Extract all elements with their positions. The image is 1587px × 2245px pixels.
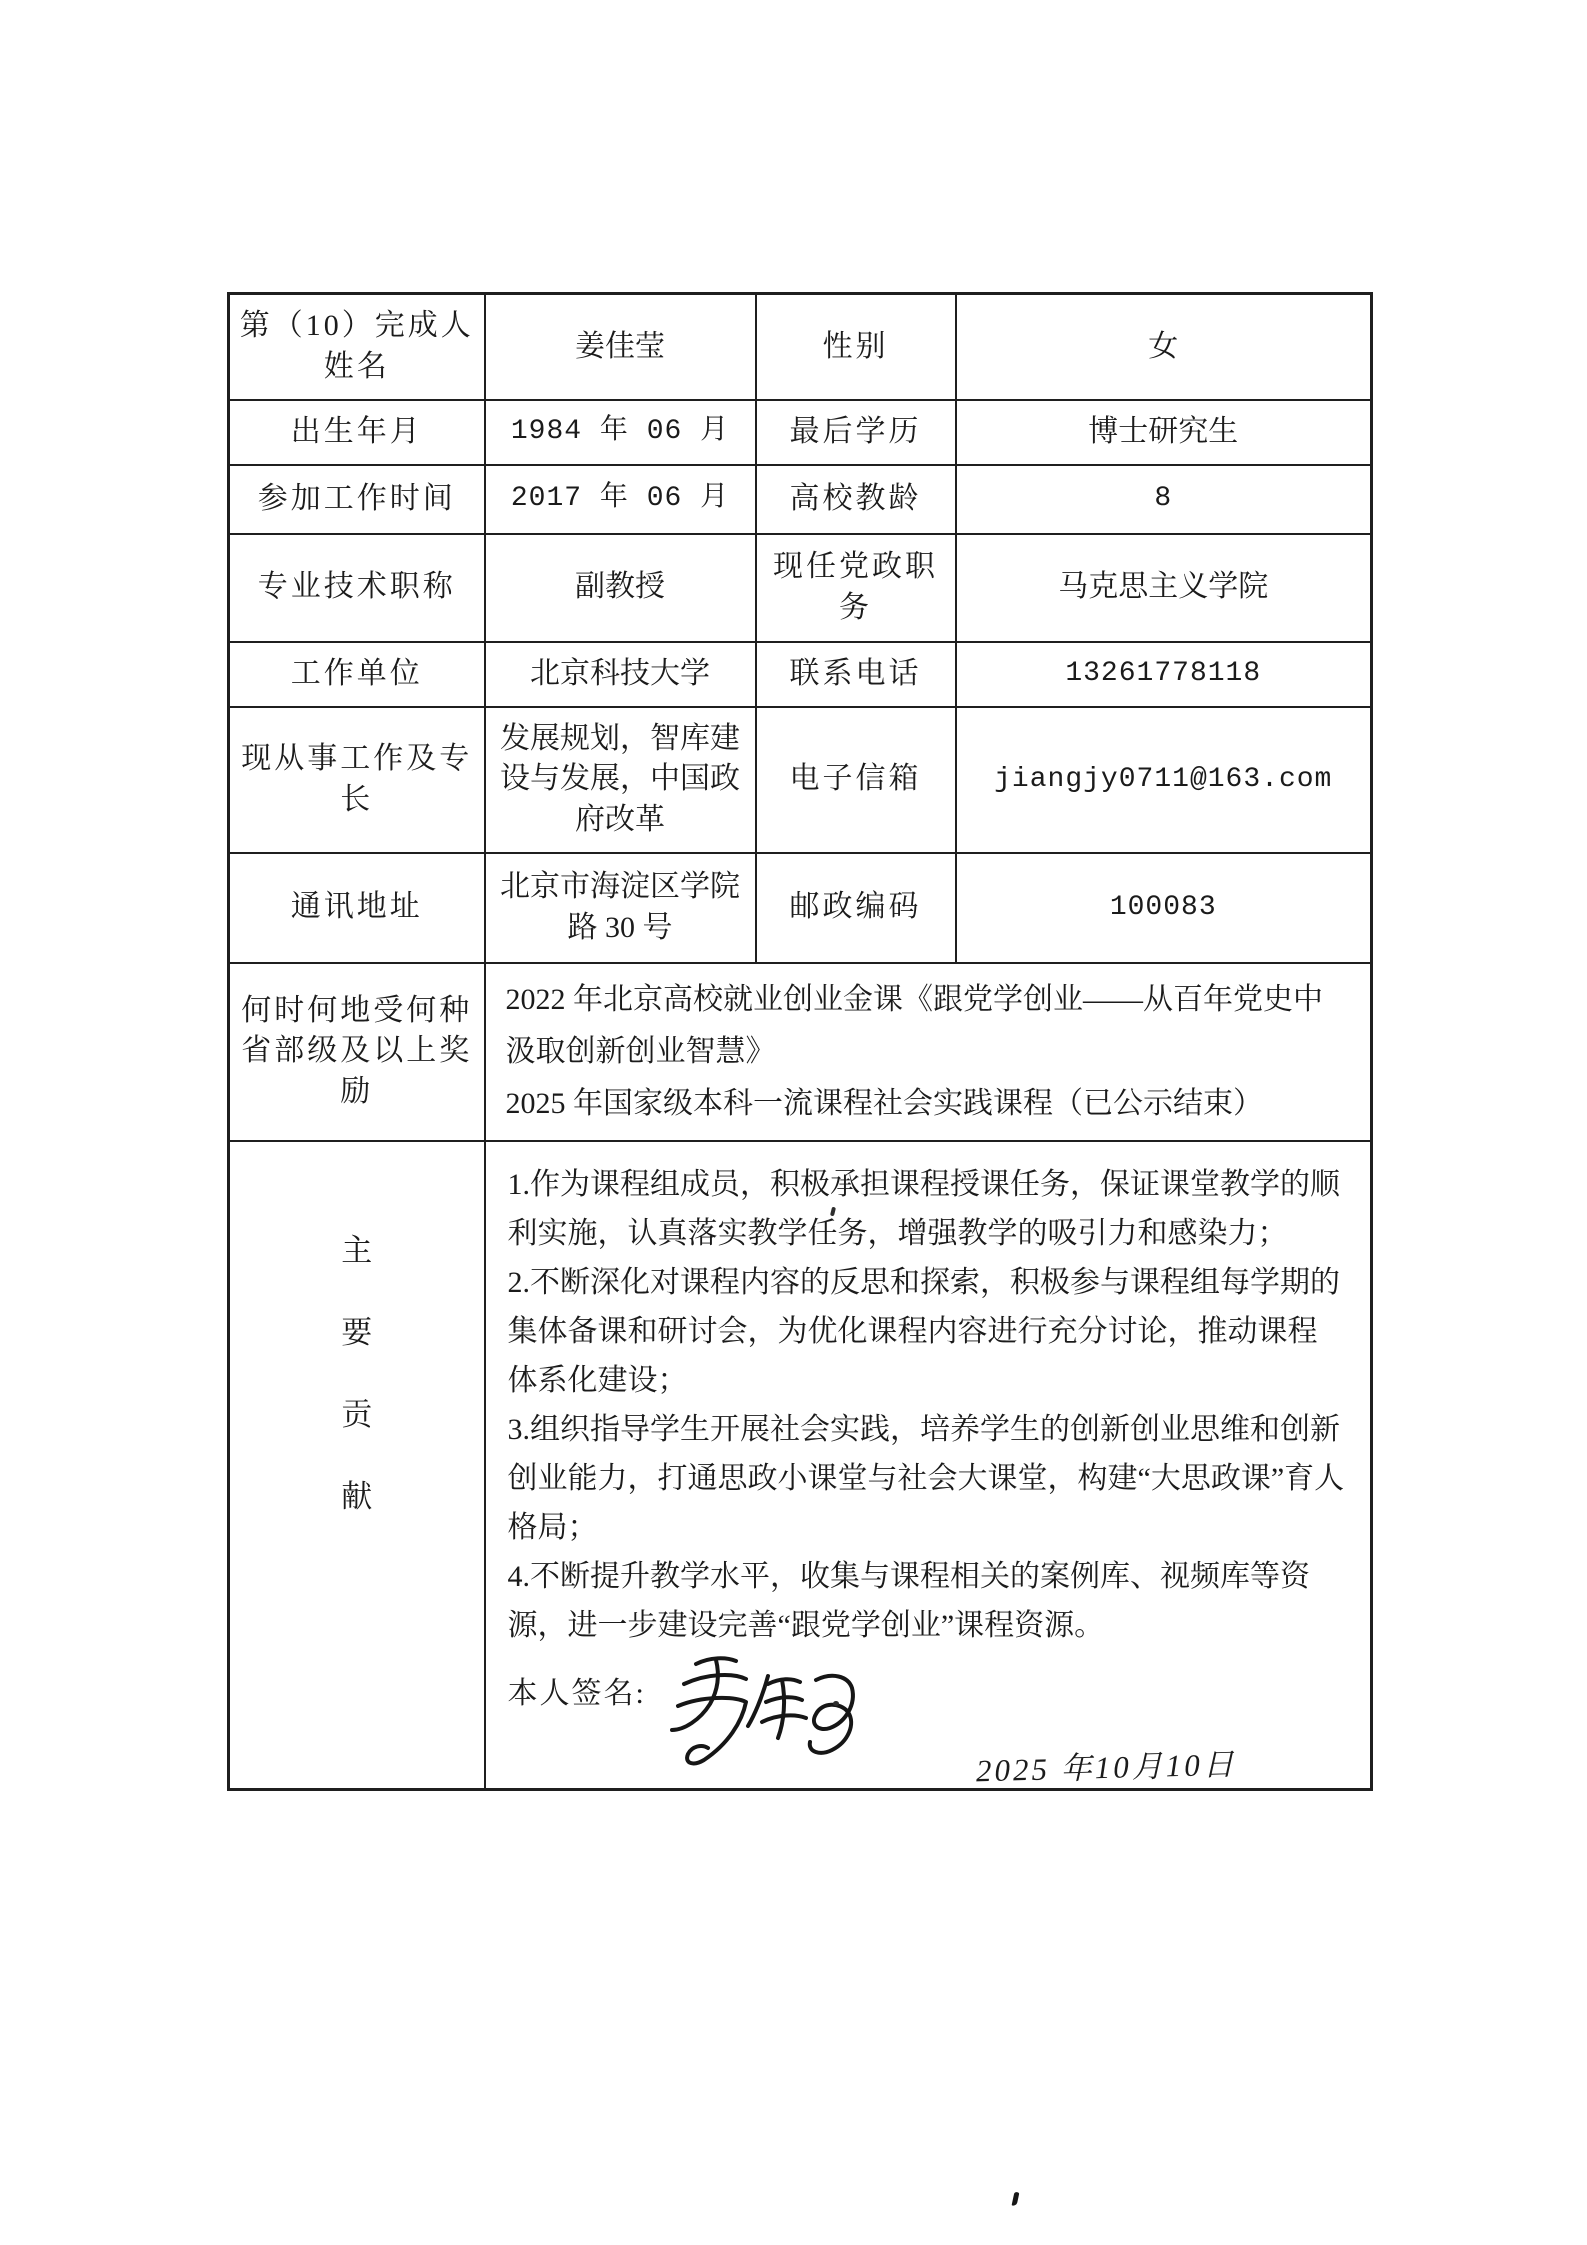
party-position-value: 马克思主义学院 [956, 534, 1372, 642]
teaching-years-label: 高校教龄 [756, 465, 956, 534]
birth-date-value: 1984 年 06 月 [485, 400, 756, 465]
contributions-label: 主要贡献 [229, 1141, 485, 1790]
current-work-value: 发展规划，智库建设与发展，中国政府改革 [485, 707, 756, 853]
phone-value: 13261778118 [956, 642, 1372, 707]
contributions-row: 主要贡献 1.作为课程组成员，积极承担课程授课任务，保证课堂教学的顺利实施，认真… [229, 1141, 1372, 1790]
contributions-label-text: 主要贡献 [339, 1210, 375, 1538]
signature-handwriting-icon [650, 1648, 865, 1783]
table-row: 工作单位 北京科技大学 联系电话 13261778118 [229, 642, 1372, 707]
table-row: 出生年月 1984 年 06 月 最后学历 博士研究生 [229, 400, 1372, 465]
table-row: 专业技术职称 副教授 现任党政职务 马克思主义学院 [229, 534, 1372, 642]
contribution-item: 3.组织指导学生开展社会实践，培养学生的创新创业思维和创新创业能力，打通思政小课… [508, 1405, 1347, 1552]
table-row: 现从事工作及专长 发展规划，智库建设与发展，中国政府改革 电子信箱 jiangj… [229, 707, 1372, 853]
gender-label: 性别 [756, 294, 956, 400]
award-line: 2022 年北京高校就业创业金课《跟党学创业——从百年党史中汲取创新创业智慧》 [506, 974, 1341, 1078]
award-line: 2025 年国家级本科一流课程社会实践课程（已公示结束） [506, 1078, 1341, 1130]
work-start-label: 参加工作时间 [229, 465, 485, 534]
completer-name-value: 姜佳莹 [485, 294, 756, 400]
contribution-item: 4.不断提升教学水平，收集与课程相关的案例库、视频库等资源，进一步建设完善“跟党… [508, 1552, 1347, 1650]
email-value: jiangjy0711@163.com [956, 707, 1372, 853]
scanned-form-page: { "document": { "info_rows": [ {"label":… [0, 0, 1587, 2245]
postcode-value: 100083 [956, 853, 1372, 963]
current-work-label: 现从事工作及专长 [229, 707, 485, 853]
signature-label: 本人签名: [508, 1674, 646, 1715]
contributions-cell: 1.作为课程组成员，积极承担课程授课任务，保证课堂教学的顺利实施，认真落实教学任… [485, 1141, 1372, 1790]
completer-name-label: 第（10）完成人姓名 [229, 294, 485, 400]
professional-title-value: 副教授 [485, 534, 756, 642]
scan-artifact-mark [1012, 2192, 1020, 2207]
party-position-label: 现任党政职务 [756, 534, 956, 642]
gender-value: 女 [956, 294, 1372, 400]
phone-label: 联系电话 [756, 642, 956, 707]
scan-artifact-dot [833, 1701, 839, 1706]
employer-label: 工作单位 [229, 642, 485, 707]
personnel-info-table: 第（10）完成人姓名 姜佳莹 性别 女 出生年月 1984 年 06 月 最后学… [227, 292, 1373, 1791]
work-start-value: 2017 年 06 月 [485, 465, 756, 534]
table-row: 通讯地址 北京市海淀区学院路 30 号 邮政编码 100083 [229, 853, 1372, 963]
birth-date-label: 出生年月 [229, 400, 485, 465]
signature-date: 2025 年10月10日 [975, 1743, 1236, 1790]
awards-value: 2022 年北京高校就业创业金课《跟党学创业——从百年党史中汲取创新创业智慧》 … [485, 963, 1372, 1141]
postcode-label: 邮政编码 [756, 853, 956, 963]
table-row: 参加工作时间 2017 年 06 月 高校教龄 8 [229, 465, 1372, 534]
mail-address-value: 北京市海淀区学院路 30 号 [485, 853, 756, 963]
last-degree-value: 博士研究生 [956, 400, 1372, 465]
email-label: 电子信箱 [756, 707, 956, 853]
contribution-item: 2.不断深化对课程内容的反思和探索，积极参与课程组每学期的集体备课和研讨会，为优… [508, 1258, 1347, 1405]
awards-row: 何时何地受何种省部级及以上奖励 2022 年北京高校就业创业金课《跟党学创业——… [229, 963, 1372, 1141]
mail-address-label: 通讯地址 [229, 853, 485, 963]
last-degree-label: 最后学历 [756, 400, 956, 465]
table-row: 第（10）完成人姓名 姜佳莹 性别 女 [229, 294, 1372, 400]
awards-label: 何时何地受何种省部级及以上奖励 [229, 963, 485, 1141]
teaching-years-value: 8 [956, 465, 1372, 534]
employer-value: 北京科技大学 [485, 642, 756, 707]
contribution-item: 1.作为课程组成员，积极承担课程授课任务，保证课堂教学的顺利实施，认真落实教学任… [508, 1160, 1347, 1258]
professional-title-label: 专业技术职称 [229, 534, 485, 642]
